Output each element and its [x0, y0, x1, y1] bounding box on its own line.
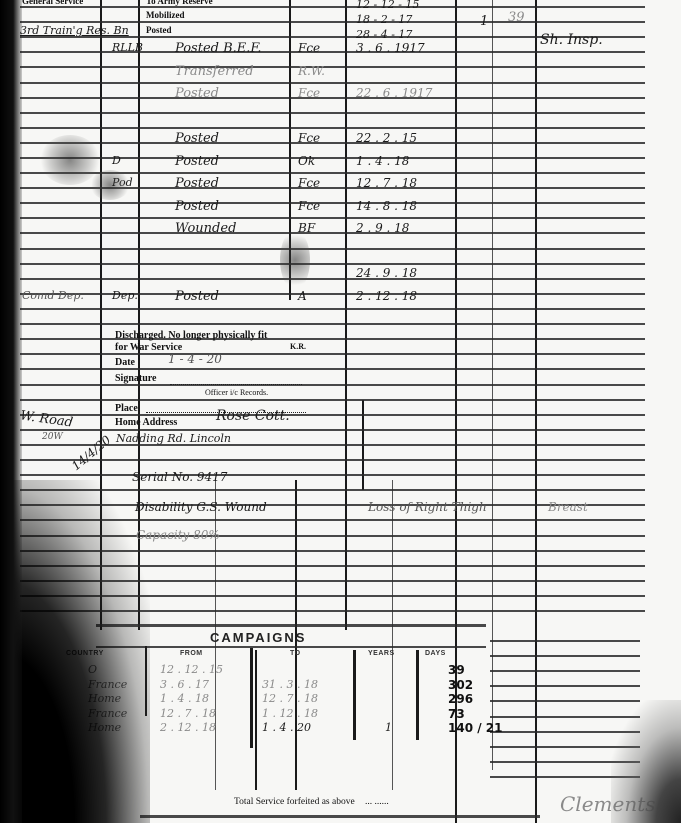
total-rule — [140, 815, 540, 818]
campaign-to: 12 . 7 . 18 — [262, 692, 318, 705]
campaign-rule — [250, 648, 253, 748]
top-date-1: 12 - 12 - 15 — [356, 0, 419, 11]
disability-line: Disability G.S. Wound — [135, 500, 267, 514]
home-address-value: Rose Cott. — [216, 408, 290, 424]
campaign-from: 1 . 4 . 18 — [160, 692, 209, 705]
service-row-date: 3 . 6 . 1917 — [356, 41, 425, 55]
discharge-line-1: Discharged. No longer physically fit — [115, 330, 267, 341]
service-row-date: 24 . 9 . 18 — [356, 266, 417, 280]
service-row-date: 2 . 9 . 18 — [356, 221, 409, 235]
scan-shadow — [0, 480, 150, 823]
campaign-rule — [416, 650, 419, 740]
remarks-top: Sh. Insp. — [540, 32, 603, 48]
campaign-from: 2 . 12 . 18 — [160, 721, 216, 734]
service-row-col2: D — [112, 154, 121, 167]
campaign-to: 31 . 3 . 18 — [262, 678, 318, 691]
home-address-line2: Nadding Rd. Lincoln — [116, 432, 231, 445]
ruled-line — [20, 368, 645, 370]
top-value-1: 1 — [480, 14, 488, 29]
service-row-date: 1 . 4 . 18 — [356, 154, 409, 168]
margin-note-2: 20W — [42, 432, 63, 442]
service-row-place: Fce — [298, 131, 320, 145]
ruled-line — [20, 142, 645, 144]
ruled-line — [20, 127, 645, 129]
campaigns-head-from: FROM — [180, 650, 203, 657]
ruled-line — [20, 217, 645, 219]
campaign-years: 1 — [385, 721, 392, 734]
campaign-days: 39 — [448, 663, 465, 677]
total-service-label: Total Service forfeited as above ... ...… — [234, 797, 389, 807]
ruled-line — [20, 323, 645, 325]
service-row-event: Transferred — [175, 64, 254, 79]
service-row-place: R.W. — [298, 64, 325, 78]
service-row-event: Posted — [175, 131, 219, 146]
ruled-line — [20, 112, 645, 114]
service-row-col2: Dep. — [112, 289, 138, 302]
ruled-line — [20, 353, 645, 355]
posted-label: Posted — [146, 25, 172, 35]
service-row-place: A — [298, 289, 307, 303]
campaign-days: 140 / 21 — [448, 721, 503, 735]
service-row-date: 22 . 2 . 15 — [356, 131, 417, 145]
ruled-line — [20, 414, 645, 416]
ruled-line — [20, 263, 645, 265]
signature-dots — [170, 384, 302, 385]
ruled-line — [20, 278, 645, 280]
ruled-line — [20, 82, 645, 84]
service-record-page: General Service To Army Reserve Mobilize… — [0, 0, 681, 823]
service-row-place: Fce — [298, 199, 320, 213]
ruled-line — [490, 640, 640, 642]
ruled-line — [20, 474, 645, 476]
general-service-label: General Service — [22, 0, 83, 6]
campaigns-title: CAMPAIGNS — [210, 630, 306, 645]
campaigns-head-days: DAYS — [425, 650, 446, 657]
ruled-line — [20, 308, 645, 310]
ruled-line — [20, 202, 645, 204]
top-date-2: 18 - 2 - 17 — [356, 13, 412, 26]
discharge-date-value: 1 - 4 - 20 — [168, 352, 222, 366]
service-row-date: 14 . 8 . 18 — [356, 199, 417, 213]
service-row-event: Posted B.E.F. — [175, 41, 262, 56]
ruled-line — [20, 384, 645, 386]
service-row-event: Posted — [175, 176, 219, 191]
ruled-line — [20, 6, 645, 8]
top-value-2: 39 — [508, 10, 525, 25]
margin-note-1: W. Road — [19, 408, 74, 430]
service-row-col1: Comd Dep. — [22, 289, 84, 302]
to-army-reserve-label: To Army Reserve — [146, 0, 213, 6]
disability-far: Breast — [548, 500, 588, 514]
campaigns-head-to: TO — [290, 650, 301, 657]
service-row-event: Wounded — [175, 221, 236, 236]
discharge-kr: K.R. — [290, 342, 306, 351]
ruled-line — [20, 232, 645, 234]
service-row-col2: RLLB — [112, 41, 143, 54]
campaign-from: 3 . 6 . 17 — [160, 678, 209, 691]
service-row-event: Posted — [175, 154, 219, 169]
service-row-place: Fce — [298, 86, 320, 100]
discharge-date-label: Date — [115, 357, 135, 368]
service-row-date: 22 . 6 . 1917 — [356, 86, 432, 100]
ink-smudge — [90, 170, 130, 200]
service-row-place: Fce — [298, 176, 320, 190]
ink-smudge — [280, 230, 310, 290]
service-row-place: Ok — [298, 154, 315, 168]
ruled-line — [20, 429, 645, 431]
ruled-line — [20, 66, 645, 68]
campaign-to: 1 . 4 . 20 — [262, 721, 311, 734]
home-address-label: Home Address — [115, 417, 177, 428]
scan-edge — [0, 0, 22, 823]
service-row-date: 12 . 7 . 18 — [356, 176, 417, 190]
col-rule — [255, 650, 257, 790]
ruled-line — [490, 670, 640, 672]
service-row-event: Posted — [175, 199, 219, 214]
campaign-to: 1 . 12 . 18 — [262, 707, 318, 720]
margin-note-3: 14/4/20 — [69, 433, 113, 473]
service-row-event: Posted — [175, 86, 219, 101]
campaign-rule — [353, 650, 356, 740]
ruled-line — [20, 459, 645, 461]
ruled-line — [20, 338, 645, 340]
ruled-line — [20, 248, 645, 250]
service-row-event: Posted — [175, 289, 219, 304]
officer-records-label: Officer i/c Records. — [205, 388, 268, 397]
service-row-place: Fce — [298, 41, 320, 55]
unit-entry: 3rd Train'g Res. Bn — [20, 24, 129, 37]
service-row-date: 2 . 12 . 18 — [356, 289, 417, 303]
campaign-from: 12 . 7 . 18 — [160, 707, 216, 720]
campaign-from: 12 . 12 . 15 — [160, 663, 223, 676]
campaign-days: 302 — [448, 678, 473, 692]
campaigns-rule — [96, 624, 486, 627]
ruled-line — [20, 399, 645, 401]
ruled-line — [490, 655, 640, 657]
col-rule — [392, 480, 393, 790]
ruled-line — [490, 685, 640, 687]
ruled-line — [20, 97, 645, 99]
ruled-line — [20, 444, 645, 446]
campaigns-head-years: YEARS — [368, 650, 395, 657]
top-date-3: 28 - 4 - 17 — [356, 28, 412, 41]
place-label: Place — [115, 403, 138, 414]
ruled-line — [20, 21, 645, 23]
discharge-signature-label: Signature — [115, 373, 157, 384]
campaign-days: 73 — [448, 707, 465, 721]
mobilized-label: Mobilized — [146, 10, 185, 20]
campaign-days: 296 — [448, 692, 473, 706]
scan-shadow — [611, 700, 681, 823]
disability-detail: Loss of Right Thigh — [368, 500, 487, 514]
campaigns-rule — [96, 646, 486, 648]
